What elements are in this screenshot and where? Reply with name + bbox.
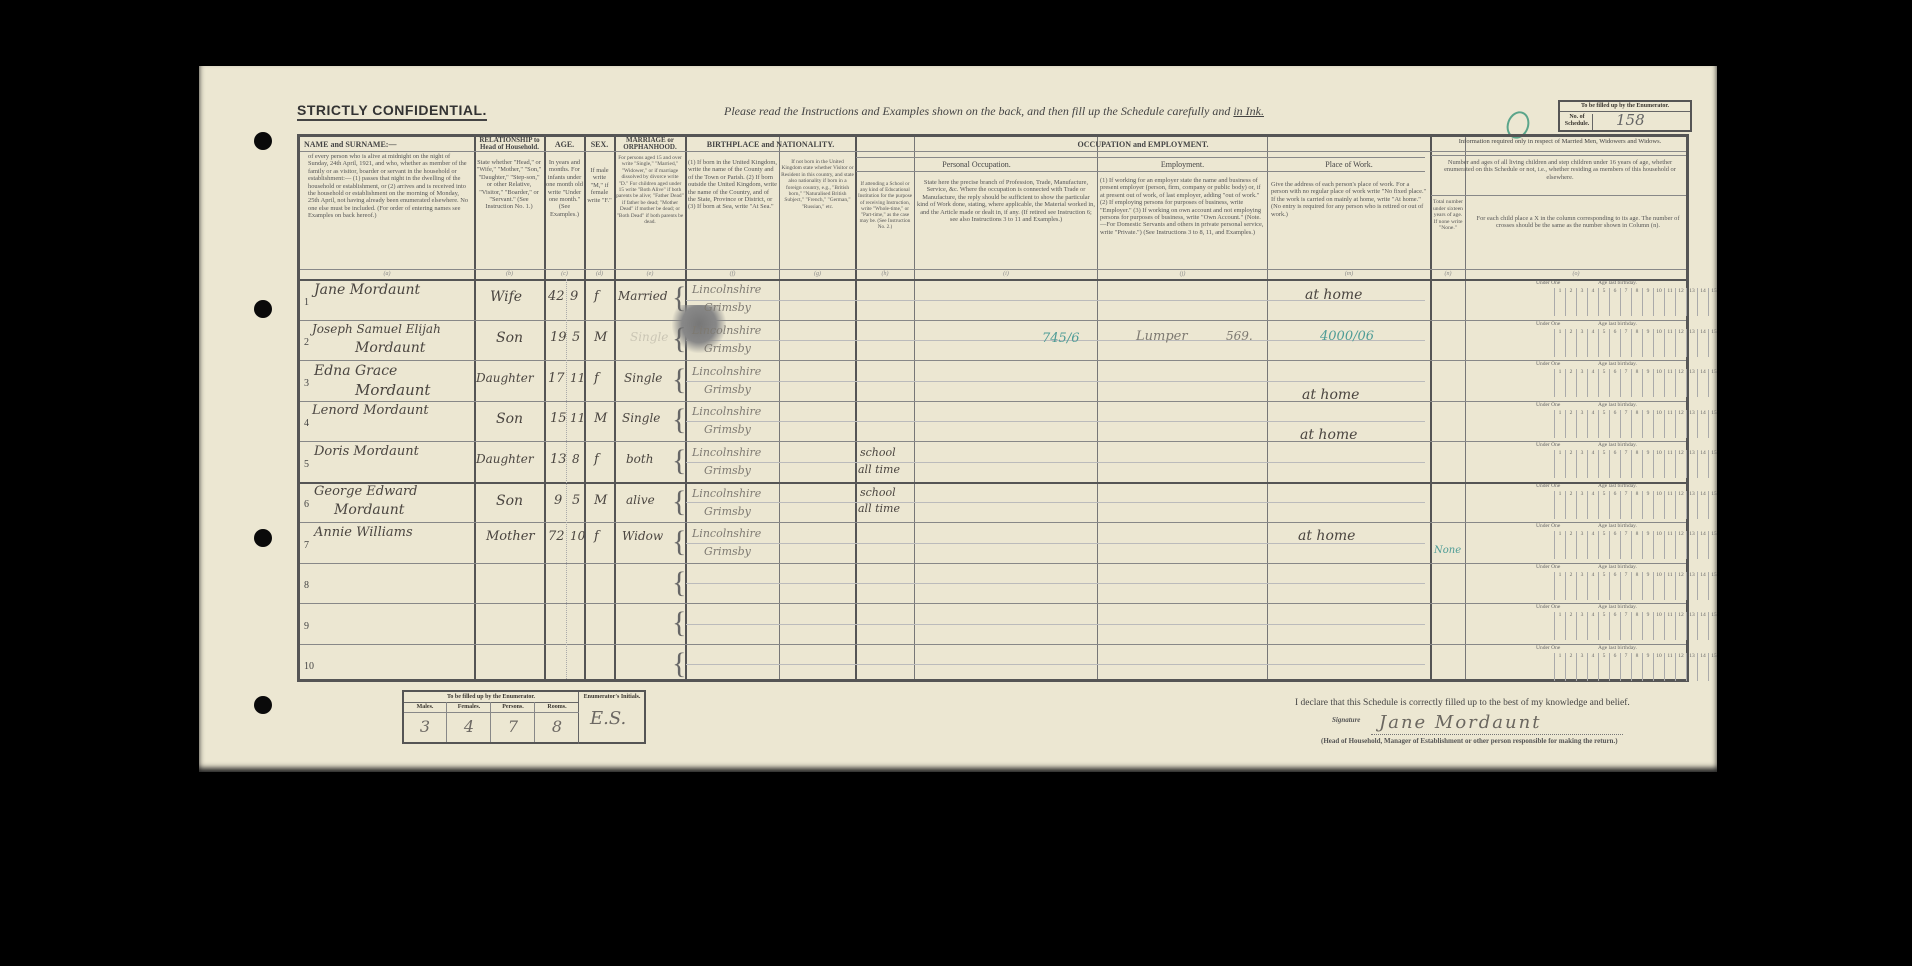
- place-of-work: at home: [1298, 528, 1355, 544]
- under-one-label: Under One: [1536, 442, 1560, 448]
- row-number: 8: [304, 580, 309, 591]
- column-letter: (i): [915, 271, 1097, 277]
- instruction-crosses: For each child place a X in the column c…: [1472, 215, 1684, 230]
- person-name: Annie Williams: [314, 525, 413, 540]
- sex: f: [594, 452, 599, 467]
- schedule-box-label: No. of Schedule.: [1562, 114, 1593, 130]
- occupation-code: 745/6: [1042, 331, 1079, 346]
- males-count: 3: [404, 713, 446, 736]
- child-age-grid: Under One Age last birthday. 12345678910…: [1534, 442, 1719, 480]
- under-one-label: Under One: [1536, 361, 1560, 367]
- person-name-surname: Mordaunt: [355, 340, 425, 356]
- under-one-label: Under One: [1536, 402, 1560, 408]
- row-number: 2: [304, 337, 309, 348]
- birthplace-town: Grimsby: [704, 464, 751, 477]
- age-caption: Age last birthday.: [1598, 321, 1637, 327]
- birthplace-county: Lincolnshire: [692, 365, 761, 378]
- birthplace-town: Grimsby: [704, 383, 751, 396]
- age-caption: Age last birthday.: [1598, 523, 1637, 529]
- birthplace-county: Lincolnshire: [692, 527, 761, 540]
- relationship: Mother: [486, 529, 535, 544]
- marital-status: Single: [622, 411, 660, 425]
- column-letter: (n): [1431, 271, 1465, 277]
- age-years: 13: [550, 452, 567, 467]
- age-caption: Age last birthday.: [1598, 645, 1637, 651]
- header-place-of-work: Place of Work.: [1268, 160, 1430, 169]
- rooms-count: 8: [535, 713, 579, 736]
- header-relationship: RELATIONSHIP to Head of Household.: [475, 137, 544, 151]
- child-age-grid: Under One Age last birthday. 12345678910…: [1534, 523, 1719, 561]
- birthplace-county: Lincolnshire: [692, 487, 761, 500]
- place-of-work: at home: [1305, 287, 1362, 303]
- row-number: 9: [304, 621, 309, 632]
- column-letter: (h): [856, 271, 914, 277]
- occupation: Lumper: [1136, 329, 1188, 344]
- place-of-work: at home: [1300, 427, 1357, 443]
- rooms-cell: Rooms. 8: [534, 702, 579, 742]
- instruction-text: Please read the Instructions and Example…: [724, 104, 1230, 118]
- marital-status: both: [626, 452, 653, 466]
- signature-line: [1371, 734, 1623, 735]
- instruction-sex: If male write "M," if female write "F.": [586, 167, 613, 204]
- sex: M: [594, 411, 607, 426]
- sex: M: [594, 493, 607, 508]
- row-number: 7: [304, 540, 309, 551]
- signature-footer: (Head of Household, Manager of Establish…: [1321, 737, 1618, 745]
- age-months: 8: [572, 452, 580, 466]
- birthplace-town: Grimsby: [704, 545, 751, 558]
- column-letter: (e): [615, 271, 685, 277]
- punch-hole: [254, 696, 272, 714]
- row-number: 3: [304, 378, 309, 389]
- schedule-number: 158: [1616, 111, 1645, 129]
- instruction-name: of every person who is alive at midnight…: [308, 153, 470, 220]
- instruction-total-under-16: Total number under sixteen years of age.…: [1432, 199, 1464, 232]
- sex: M: [594, 330, 607, 345]
- column-letter: (m): [1268, 271, 1430, 277]
- instruction-place-of-work: Give the address of each person's place …: [1271, 181, 1427, 218]
- birthplace-town: Grimsby: [704, 505, 751, 518]
- instruction-nationality: If not born in the United Kingdom state …: [781, 159, 854, 210]
- age-caption: Age last birthday.: [1598, 604, 1637, 610]
- instruction-marriage: For persons aged 15 and over write "Sing…: [616, 155, 684, 225]
- persons-cell: Persons. 7: [490, 702, 535, 742]
- children-total: None: [1434, 545, 1461, 556]
- age-caption: Age last birthday.: [1598, 402, 1637, 408]
- child-age-grid: Under One Age last birthday. 12345678910…: [1534, 361, 1719, 399]
- column-letter: (a): [300, 271, 474, 277]
- child-age-grid: Under One Age last birthday. 12345678910…: [1534, 402, 1719, 440]
- punch-hole: [254, 300, 272, 318]
- relationship: Son: [496, 330, 523, 346]
- header-age: AGE.: [545, 140, 584, 149]
- schedule-number-box: To be filled up by the Enumerator. No. o…: [1558, 100, 1692, 132]
- instruction-children: Number and ages of all living children a…: [1434, 159, 1686, 181]
- sex: f: [594, 529, 599, 544]
- row-number: 6: [304, 499, 309, 510]
- under-one-label: Under One: [1536, 645, 1560, 651]
- marital-status: Single: [630, 330, 668, 344]
- row-number: 4: [304, 418, 309, 429]
- school-attendance: all time: [858, 502, 900, 515]
- age-months: 9: [570, 289, 578, 304]
- males-cell: Males. 3: [404, 702, 446, 742]
- under-one-label: Under One: [1536, 523, 1560, 529]
- marital-status: Widow: [622, 529, 663, 543]
- relationship: Son: [496, 411, 523, 427]
- birthplace-county: Lincolnshire: [692, 405, 761, 418]
- age-years: 17: [548, 371, 565, 386]
- school-attendance: school: [860, 486, 896, 499]
- row-number: 1: [304, 297, 309, 308]
- signature: Jane Mordaunt: [1379, 712, 1541, 733]
- age-caption: Age last birthday.: [1598, 483, 1637, 489]
- child-age-grid: Under One Age last birthday. 12345678910…: [1534, 564, 1719, 602]
- age-caption: Age last birthday.: [1598, 280, 1637, 286]
- instruction-ink: in Ink.: [1233, 104, 1264, 118]
- birthplace-county: Lincolnshire: [692, 446, 761, 459]
- instruction-age: In years and months. For infants under o…: [546, 159, 583, 218]
- school-attendance: school: [860, 446, 896, 459]
- relationship: Son: [496, 493, 523, 509]
- instruction-employment: (1) If working for an employer state the…: [1100, 177, 1265, 236]
- age-caption: Age last birthday.: [1598, 361, 1637, 367]
- census-table: NAME and SURNAME:— RELATIONSHIP to Head …: [297, 134, 1689, 682]
- under-one-label: Under One: [1536, 483, 1560, 489]
- header-birthplace: BIRTHPLACE and NATIONALITY.: [686, 140, 855, 149]
- census-schedule-page: STRICTLY CONFIDENTIAL. Please read the I…: [199, 66, 1717, 772]
- females-cell: Females. 4: [446, 702, 491, 742]
- person-name-surname: Mordaunt: [334, 502, 404, 518]
- school-attendance: all time: [858, 463, 900, 476]
- header-employment: Employment.: [1098, 160, 1267, 169]
- age-months: 5: [572, 330, 580, 345]
- birthplace-county: Lincolnshire: [692, 324, 761, 337]
- birthplace-county: Lincolnshire: [692, 283, 761, 296]
- females-count: 4: [447, 713, 491, 736]
- relationship: Daughter: [476, 371, 534, 385]
- age-years: 15: [550, 411, 567, 426]
- instruction-relationship: State whether "Head," or "Wife," "Mother…: [476, 159, 542, 211]
- employment-code: 569.: [1226, 329, 1253, 343]
- age-caption: Age last birthday.: [1598, 442, 1637, 448]
- header-occupation: OCCUPATION and EMPLOYMENT.: [856, 140, 1430, 149]
- marital-status: Single: [624, 371, 662, 385]
- birthplace-town: Grimsby: [704, 301, 751, 314]
- header-personal-occupation: Personal Occupation.: [856, 160, 1097, 169]
- age-years: 9: [554, 493, 562, 508]
- page-title: STRICTLY CONFIDENTIAL.: [297, 102, 487, 121]
- instruction-line: Please read the Instructions and Example…: [724, 104, 1264, 119]
- age-months: 11: [570, 371, 585, 385]
- sex: f: [594, 289, 599, 304]
- column-letter: (b): [475, 271, 544, 277]
- marital-status: Married: [618, 289, 668, 303]
- column-letter: (o): [1466, 271, 1686, 277]
- place-of-work: at home: [1302, 387, 1359, 403]
- instruction-occupation: State here the precise branch of Profess…: [917, 179, 1095, 223]
- under-one-label: Under One: [1536, 280, 1560, 286]
- age-years: 19: [550, 330, 567, 345]
- under-one-label: Under One: [1536, 321, 1560, 327]
- column-letter: (j): [1098, 271, 1267, 277]
- child-age-grid: Under One Age last birthday. 12345678910…: [1534, 321, 1719, 359]
- child-age-grid: Under One Age last birthday. 12345678910…: [1534, 280, 1719, 318]
- instruction-school: If attending a School or any kind of Edu…: [857, 181, 913, 231]
- place-of-work: 4000/06: [1320, 329, 1374, 344]
- age-years: 42: [548, 289, 565, 304]
- relationship: Daughter: [476, 452, 534, 466]
- person-name: Joseph Samuel Elijah: [312, 322, 441, 336]
- person-name: Doris Mordaunt: [314, 444, 419, 459]
- age-months: 10: [570, 529, 585, 543]
- marital-status: alive: [626, 493, 655, 507]
- age-years: 72: [548, 529, 565, 544]
- child-age-grid: Under One Age last birthday. 12345678910…: [1534, 604, 1719, 642]
- person-name: Jane Mordaunt: [314, 282, 420, 298]
- column-letter: (c): [545, 271, 584, 277]
- column-letter: (g): [780, 271, 855, 277]
- row-number: 5: [304, 459, 309, 470]
- under-one-label: Under One: [1536, 604, 1560, 610]
- header-name: NAME and SURNAME:—: [304, 140, 474, 149]
- person-name: George Edward: [314, 484, 418, 499]
- birthplace-town: Grimsby: [704, 423, 751, 436]
- age-months: 11: [570, 411, 585, 425]
- relationship: Wife: [490, 289, 522, 305]
- header-children-group: Information required only in respect of …: [1431, 138, 1689, 145]
- enumerator-initials: E.S.: [590, 708, 626, 729]
- header-sex: SEX.: [585, 140, 614, 149]
- sex: f: [594, 371, 599, 386]
- under-one-label: Under One: [1536, 564, 1560, 570]
- enumerator-summary-box: To be filled up by the Enumerator. Enume…: [402, 690, 646, 744]
- person-name: Lenord Mordaunt: [312, 403, 429, 418]
- child-age-grid: Under One Age last birthday. 12345678910…: [1534, 483, 1719, 521]
- age-months: 5: [572, 493, 580, 508]
- punch-hole: [254, 132, 272, 150]
- header-marriage: MARRIAGE or ORPHANHOOD.: [615, 137, 685, 151]
- birthplace-town: Grimsby: [704, 342, 751, 355]
- punch-hole: [254, 529, 272, 547]
- person-name-surname: Mordaunt: [355, 381, 430, 399]
- age-caption: Age last birthday.: [1598, 564, 1637, 570]
- column-letter: (d): [585, 271, 614, 277]
- child-age-grid: Under One Age last birthday. 12345678910…: [1534, 645, 1719, 683]
- declaration-text: I declare that this Schedule is correctl…: [1295, 698, 1630, 708]
- signature-label: Signature: [1332, 716, 1360, 724]
- column-letter: (f): [686, 271, 779, 277]
- instruction-birthplace: (1) If born in the United Kingdom, write…: [688, 159, 778, 211]
- row-number: 10: [304, 661, 314, 672]
- person-name: Edna Grace: [314, 363, 397, 379]
- persons-count: 7: [491, 713, 535, 736]
